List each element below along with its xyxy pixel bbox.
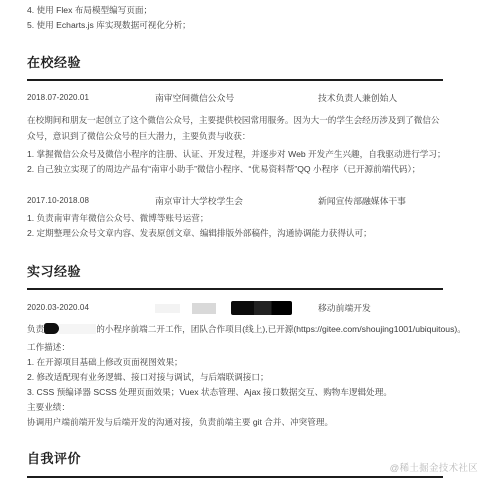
resume-page: 4. 使用 Flex 布局模型编写页面； 5. 使用 Echarts.js 库实… <box>0 0 480 480</box>
experience-item: 2. 自己独立实现了的周边产品有“南审小助手”微信小程序、“优易资料帮”QQ 小… <box>27 162 443 177</box>
work-description-item: 3. CSS 预编译器 SCSS 处理页面效果；Vuex 状态管理、Ajax 接… <box>27 385 443 400</box>
skill-list-item: 5. 使用 Echarts.js 库实现数据可视化分析； <box>27 18 443 33</box>
work-description-item: 2. 修改适配现有业务逻辑、接口对接与调试，与后端联调接口； <box>27 370 443 385</box>
redacted-company-name <box>155 301 318 315</box>
lead-prefix: 负责 <box>27 324 44 334</box>
redaction-box-medium <box>192 303 216 314</box>
redaction-box-black <box>231 301 292 315</box>
section-divider <box>27 288 443 290</box>
experience-role: 技术负责人兼创始人 <box>318 92 443 104</box>
section-title-campus-experience: 在校经验 <box>27 55 443 71</box>
experience-organization: 南京审计大学校学生会 <box>155 195 318 207</box>
internship-lead-line: 负责的小程序前端二开工作，团队合作项目(线上),已开源(https://gite… <box>27 322 443 336</box>
section-divider <box>27 79 443 81</box>
work-description-item: 1. 在开源项目基础上修改页面视图效果； <box>27 355 443 370</box>
experience-header-row: 2017.10-2018.08 南京审计大学校学生会 新闻宣传部融媒体干事 <box>27 195 443 207</box>
experience-header-row: 2018.07-2020.01 南审空间微信公众号 技术负责人兼创始人 <box>27 92 443 104</box>
section-title-self-evaluation: 自我评价 <box>27 451 443 467</box>
redaction-box-light <box>155 304 180 313</box>
experience-summary: 在校期间和朋友一起创立了这个微信公众号，主要提供校园常用服务。因为大一的学生会经… <box>27 112 443 144</box>
experience-item: 2. 定期整理公众号文章内容、发表原创文章、编辑排版外部稿件，沟通协调能力获得认… <box>27 226 443 241</box>
experience-item: 1. 掌握微信公众号及微信小程序的注册、认证、开发过程，并逐步对 Web 开发产… <box>27 147 443 162</box>
redaction-blob <box>44 323 59 334</box>
lead-suffix: 的小程序前端二开工作，团队合作项目(线上),已开源(https://gitee.… <box>96 324 466 334</box>
experience-role: 新闻宣传部融媒体干事 <box>318 195 443 207</box>
experience-item-list: 1. 掌握微信公众号及微信小程序的注册、认证、开发过程，并逐步对 Web 开发产… <box>27 147 443 177</box>
juejin-watermark: @稀土掘金技术社区 <box>390 461 478 476</box>
section-title-internship-experience: 实习经验 <box>27 264 443 280</box>
work-description-label: 工作描述： <box>27 340 443 355</box>
experience-date: 2020.03-2020.04 <box>27 302 155 314</box>
experience-date: 2018.07-2020.01 <box>27 92 155 104</box>
experience-item-list: 1. 负责南审青年微信公众号、微博等账号运营； 2. 定期整理公众号文章内容、发… <box>27 211 443 241</box>
experience-item: 1. 负责南审青年微信公众号、微博等账号运营； <box>27 211 443 226</box>
main-results-label: 主要业绩： <box>27 400 443 415</box>
redaction-box-light <box>59 324 96 334</box>
skill-list-item: 4. 使用 Flex 布局模型编写页面； <box>27 3 443 18</box>
experience-header-row: 2020.03-2020.04 移动前端开发 <box>27 301 443 315</box>
section-divider <box>27 476 443 478</box>
main-results-text: 协调用户端前端开发与后端开发的沟通对接，负责前端主要 git 合并、冲突管理。 <box>27 415 443 430</box>
resume-content: 4. 使用 Flex 布局模型编写页面； 5. 使用 Echarts.js 库实… <box>0 0 480 480</box>
experience-date: 2017.10-2018.08 <box>27 195 155 207</box>
experience-role: 移动前端开发 <box>318 302 443 314</box>
experience-organization: 南审空间微信公众号 <box>155 92 318 104</box>
